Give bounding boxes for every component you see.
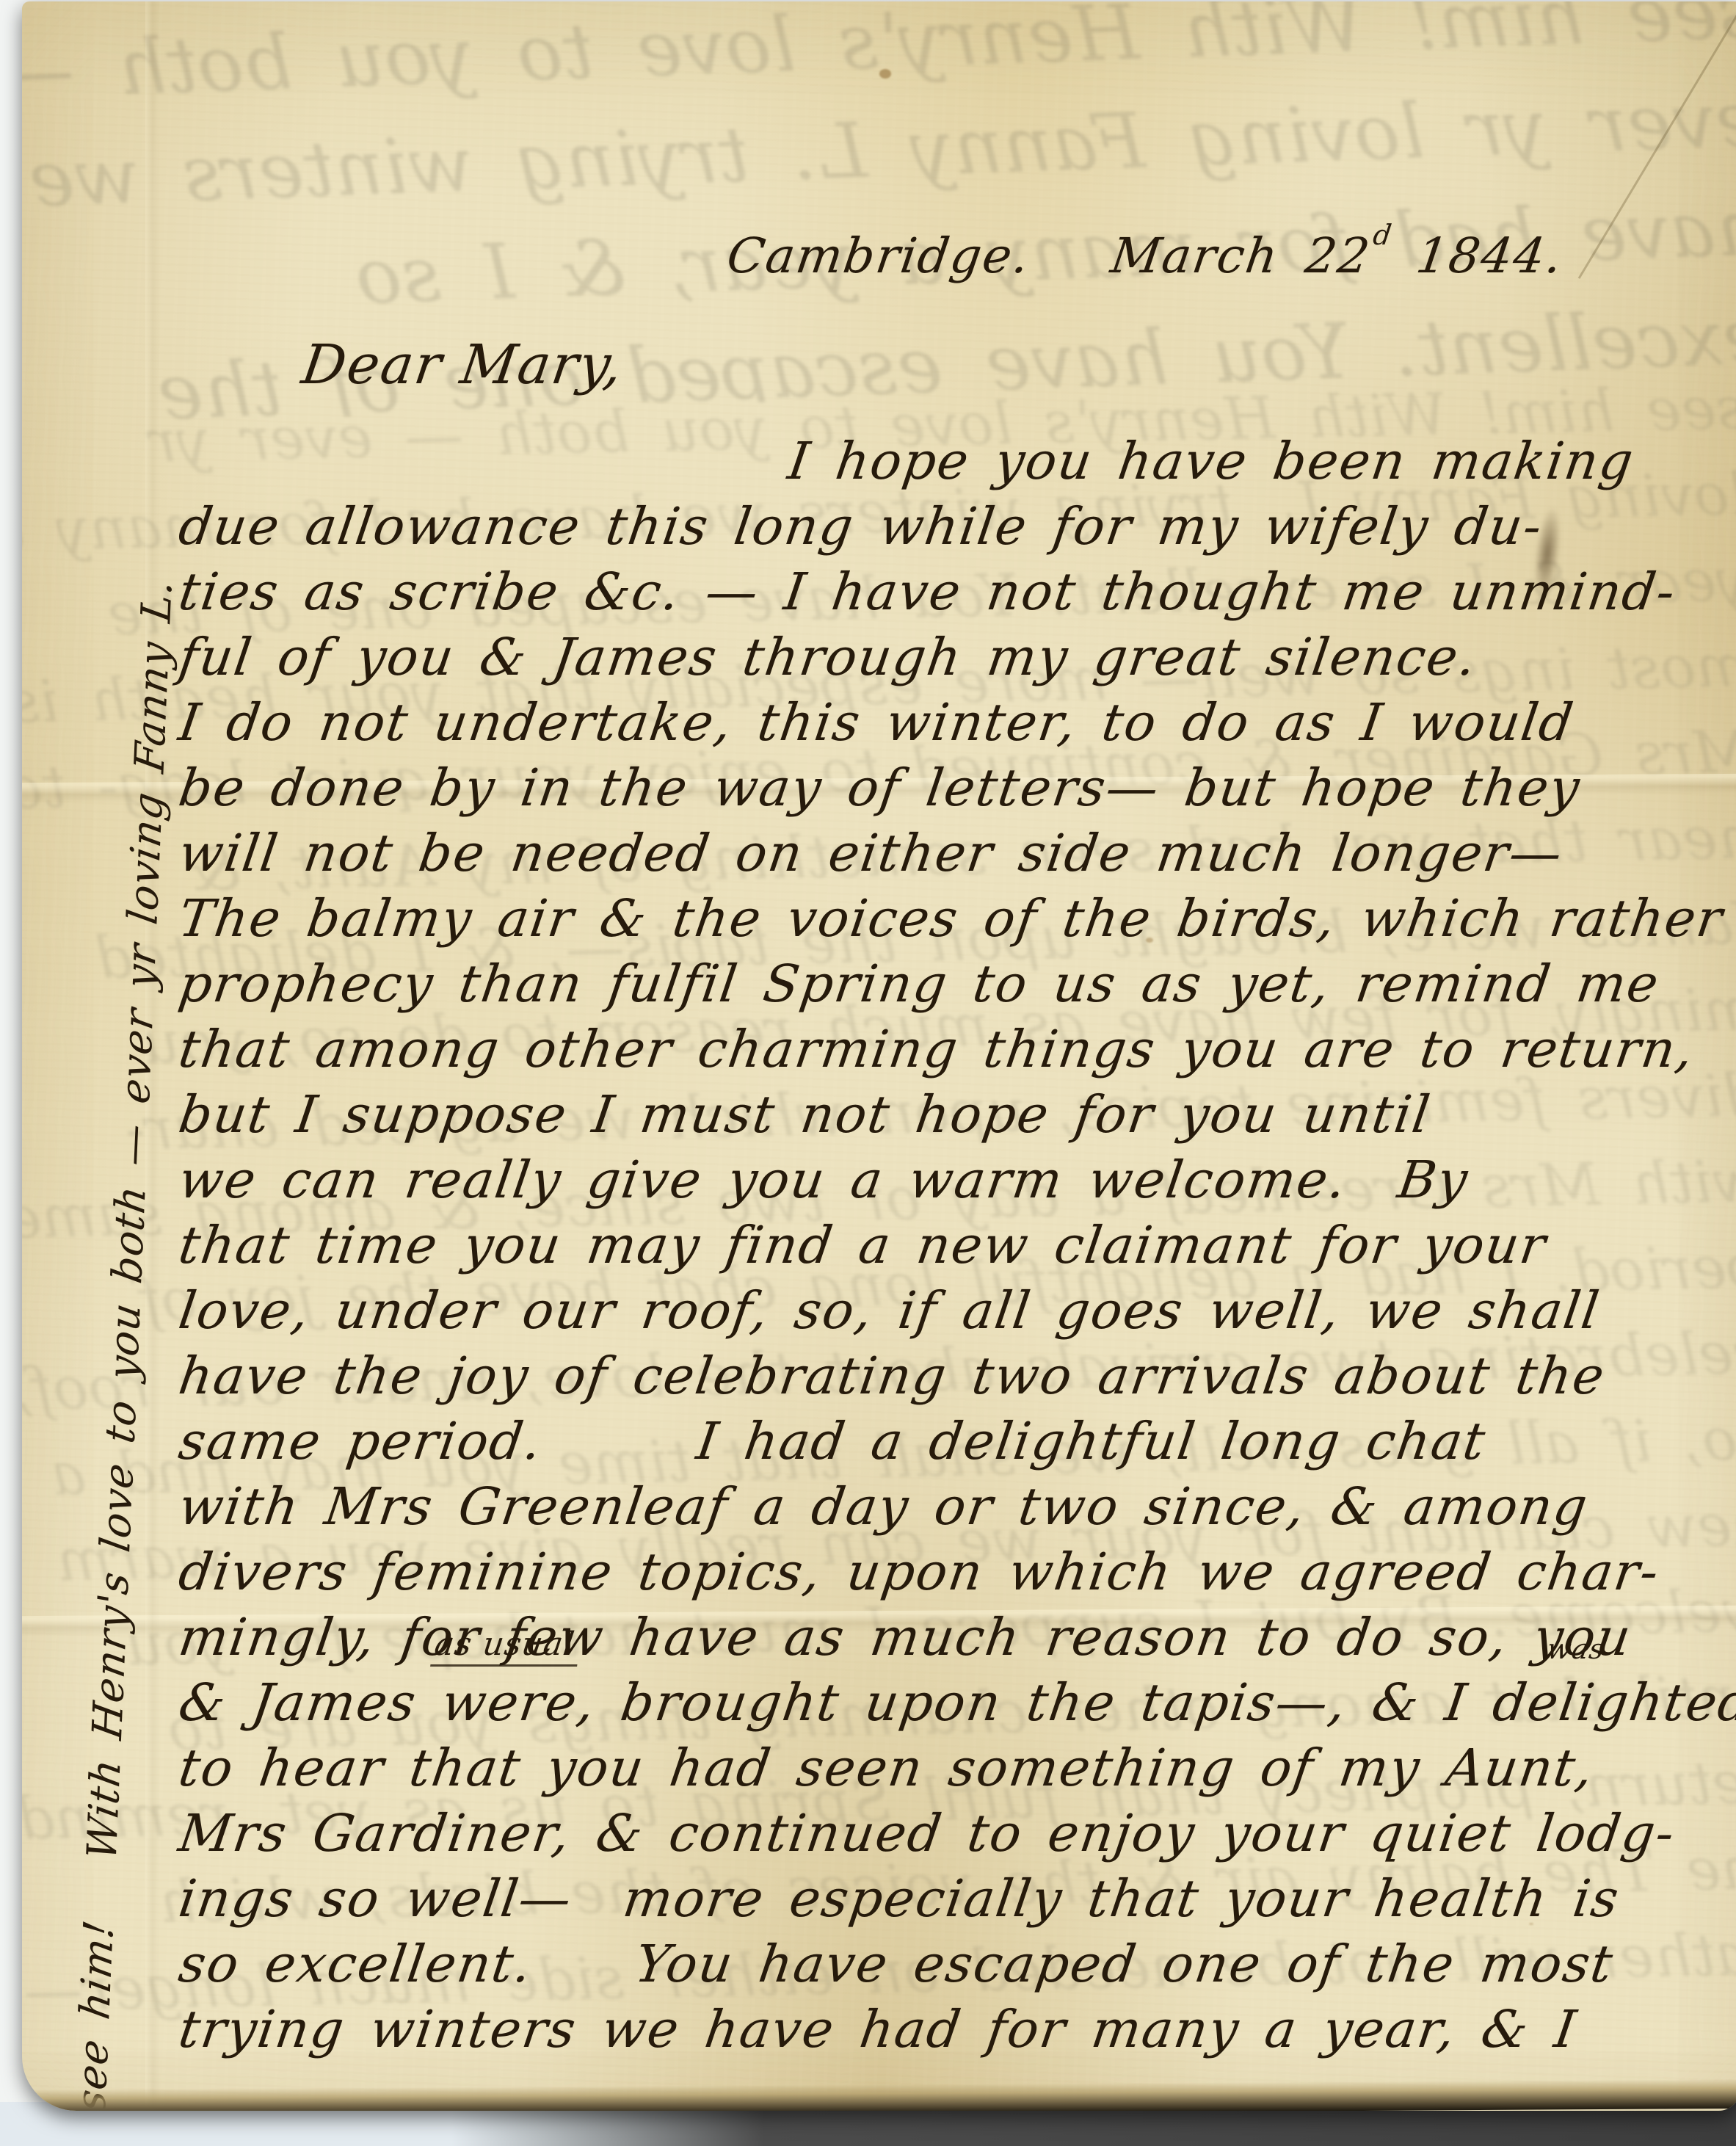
curled-bottom-edge xyxy=(22,2079,1736,2111)
dateline-year: 1844. xyxy=(1413,228,1567,284)
letter-line: that time you may find a new claimant fo… xyxy=(175,1213,1736,1278)
bleedthrough-text: see him! With Henry's love to you both —… xyxy=(22,1,1736,429)
letter-body: I hope you have been makingdue allowance… xyxy=(175,429,1736,2062)
letter-page: see him! With Henry's love to you both —… xyxy=(22,1,1736,2111)
letter-line: divers feminine topics, upon which we ag… xyxy=(175,1540,1736,1605)
letter-line: with Mrs Greenleaf a day or two since, &… xyxy=(175,1474,1736,1540)
interline-insertion: as usual xyxy=(430,1625,583,1667)
letter-line: ful of you & James through my great sile… xyxy=(175,625,1736,690)
letter-line: due allowance this long while for my wif… xyxy=(175,494,1736,559)
letter-line: have the joy of celebrating two arrivals… xyxy=(175,1344,1736,1409)
dateline-place: Cambridge. xyxy=(724,228,1034,284)
letter-line: so excellent. You have escaped one of th… xyxy=(175,1932,1736,1997)
letter-line: trying winters we have had for many a ye… xyxy=(175,1997,1736,2062)
letter-line: same period. I had a delightful long cha… xyxy=(175,1409,1736,1474)
interline-insertion: was xyxy=(1545,1633,1607,1665)
letter-line: mingly, for few have as much reason to d… xyxy=(175,1605,1736,1670)
letter-line: & James were, brought upon the tapis—, &… xyxy=(175,1670,1736,1736)
salutation: Dear Mary, xyxy=(298,333,628,396)
letter-line: I do not undertake, this winter, to do a… xyxy=(175,690,1736,755)
letter-line: will not be needed on either side much l… xyxy=(175,821,1736,886)
paper-stain xyxy=(879,69,891,79)
letter-line: The balmy air & the voices of the birds,… xyxy=(175,886,1736,951)
dateline-date: March 22 xyxy=(1108,228,1375,284)
letter-line: be done by in the way of letters— but ho… xyxy=(175,755,1736,821)
letter-line: Mrs Gardiner, & continued to enjoy your … xyxy=(175,1801,1736,1866)
letter-line: that among other charming things you are… xyxy=(175,1017,1736,1082)
letter-line: but I suppose I must not hope for you un… xyxy=(175,1082,1736,1148)
letter-line: we can really give you a warm welcome. B… xyxy=(175,1148,1736,1213)
letter-line: love, under our roof, so, if all goes we… xyxy=(175,1278,1736,1344)
scan-background: see him! With Henry's love to you both —… xyxy=(0,0,1736,2146)
corner-fold-line xyxy=(1578,1,1736,279)
dateline: Cambridge. March 22d 1844. xyxy=(724,219,1569,284)
letter-line: to hear that you had seen something of m… xyxy=(175,1736,1736,1801)
dateline-gap xyxy=(1026,228,1116,284)
letter-line: ties as scribe &c. — I have not thought … xyxy=(175,559,1736,625)
letter-line: ings so well— more especially that your … xyxy=(175,1866,1736,1932)
letter-line: I hope you have been making xyxy=(175,429,1736,494)
letter-line: prophecy than fulfil Spring to us as yet… xyxy=(175,951,1736,1017)
